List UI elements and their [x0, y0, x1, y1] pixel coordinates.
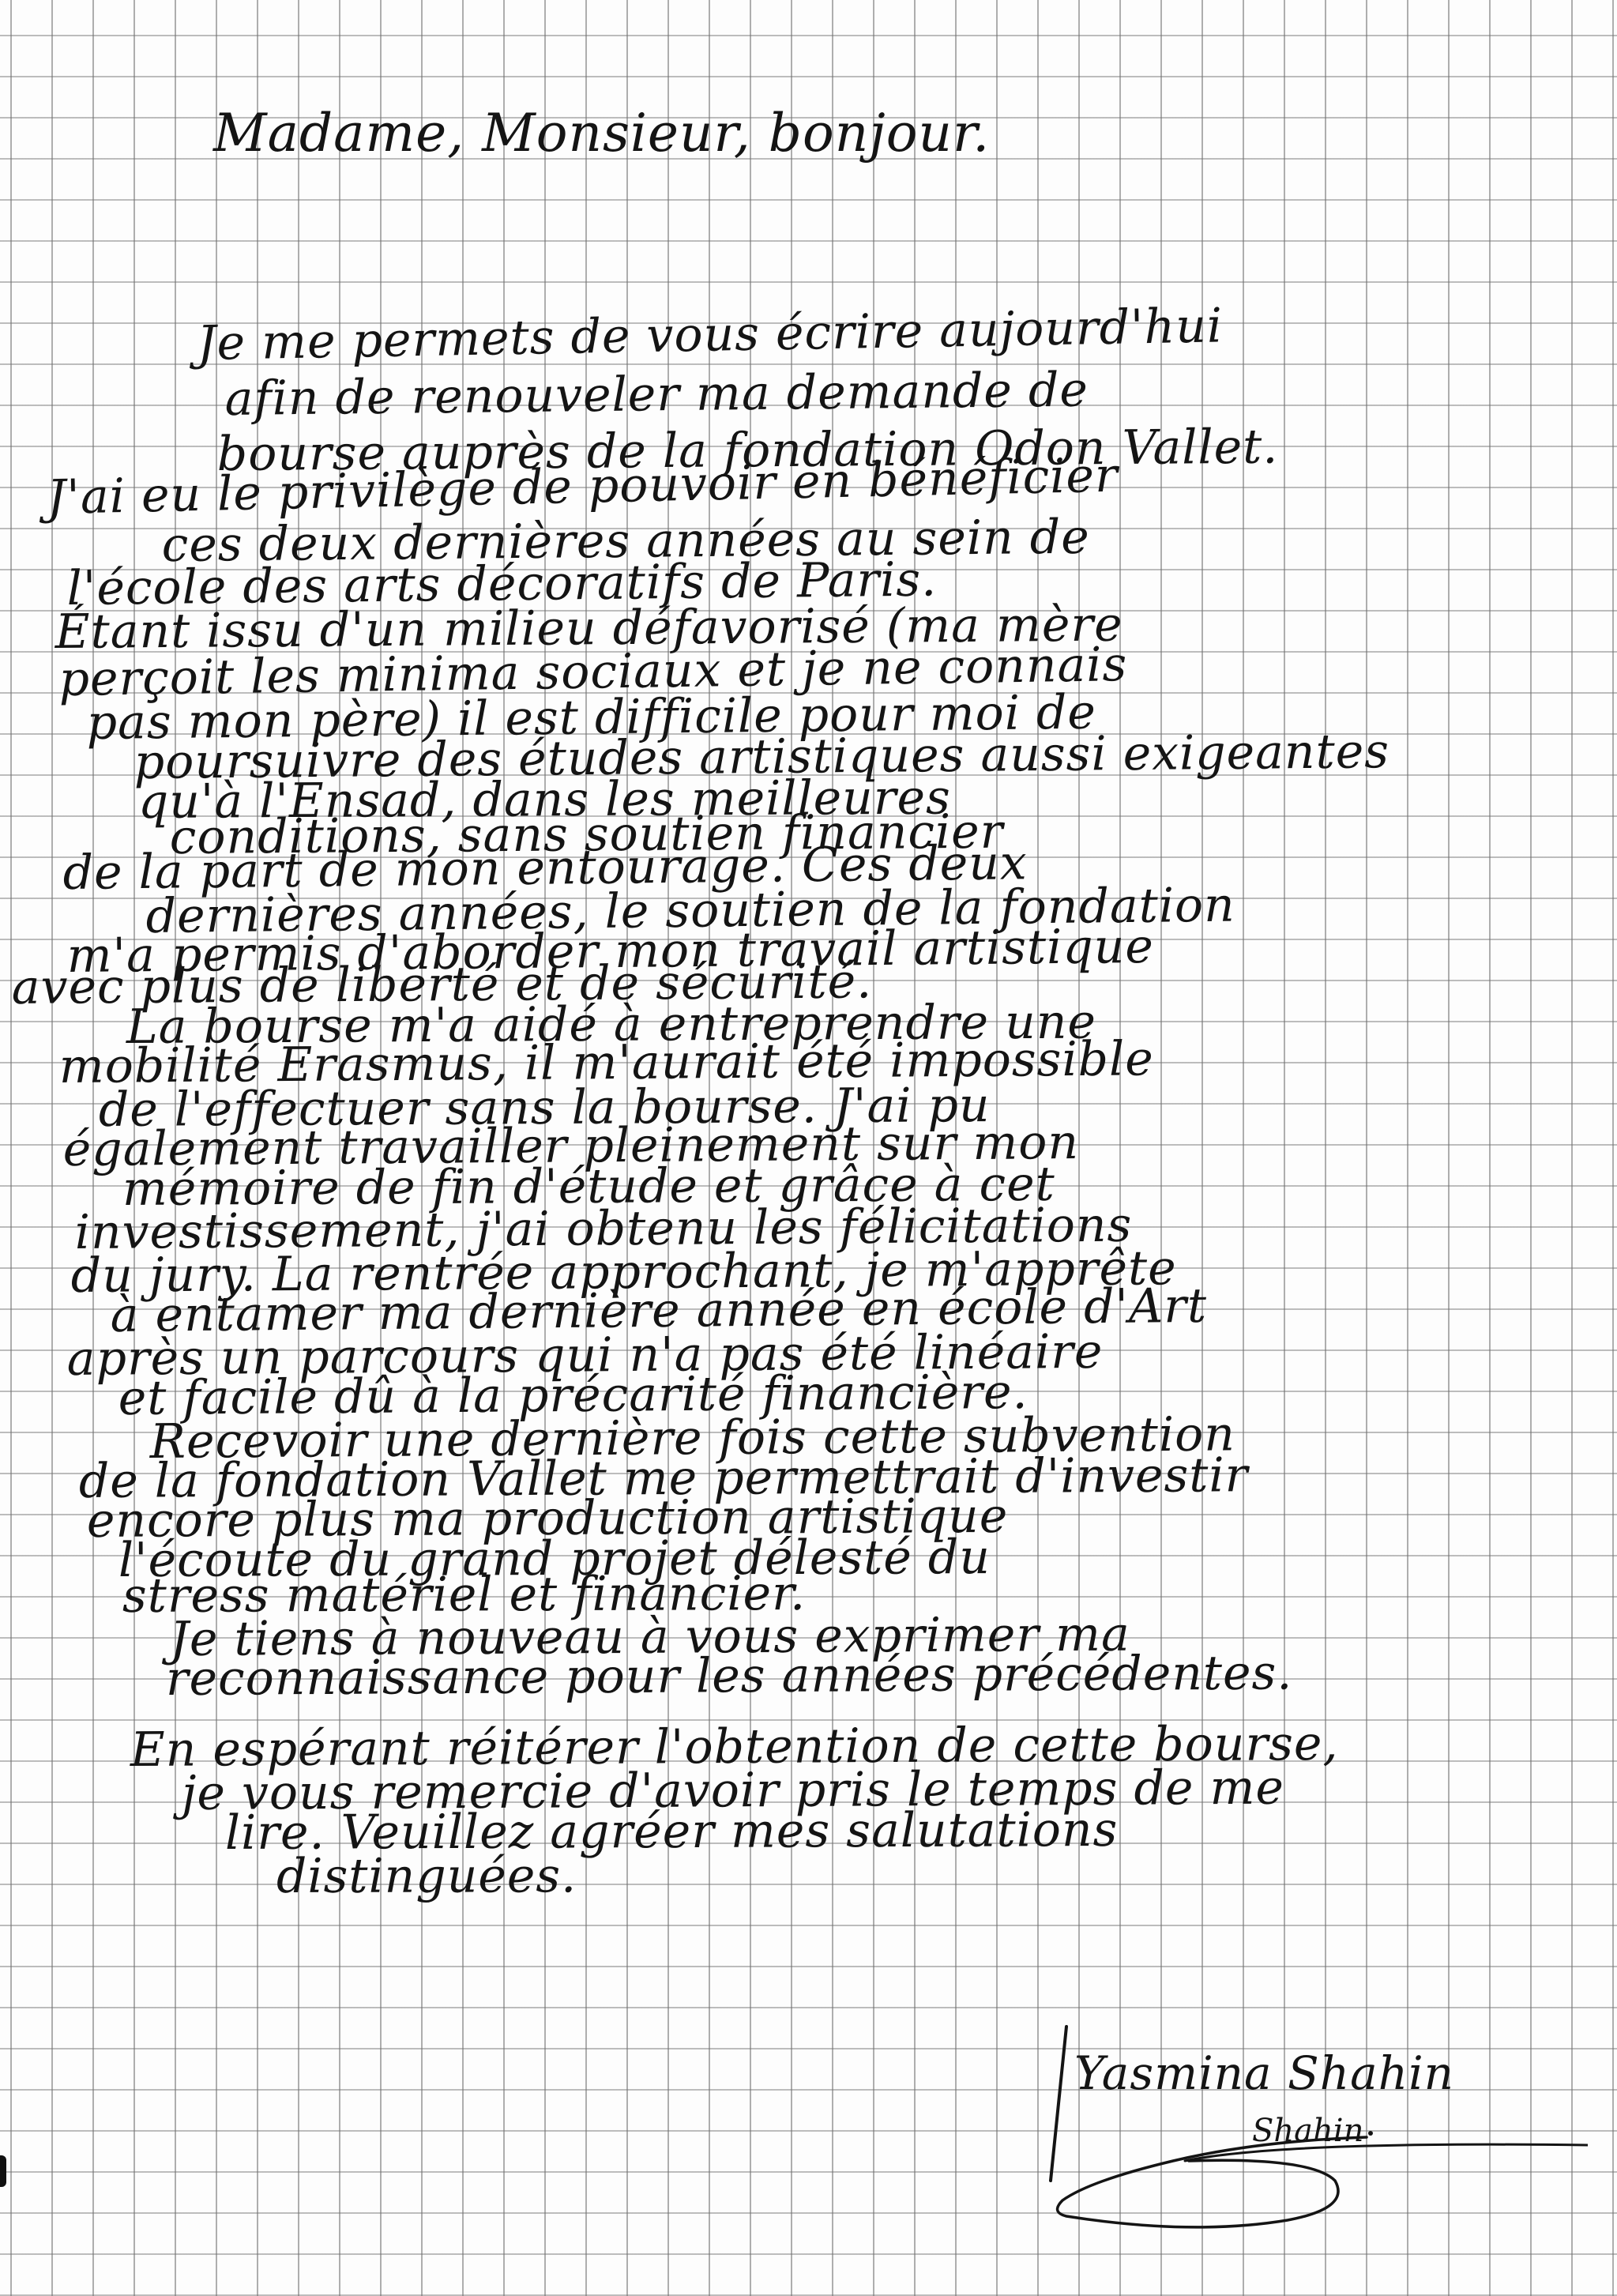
letter-line: reconnaissance pour les années précédent… [166, 1650, 1293, 1703]
letter-line: afin de renouveler ma demande de [224, 367, 1089, 423]
letter-greeting: Madame, Monsieur, bonjour. [213, 103, 990, 164]
scan-edge-mark [0, 2155, 6, 2187]
svg-text:Shahin: Shahin [1252, 2113, 1363, 2149]
closing-line: distinguées. [276, 1852, 577, 1900]
signature-flourish-icon: Shahin [1019, 2023, 1588, 2260]
letter-line: Je me permets de vous écrire aujourd'hui [197, 302, 1224, 367]
grid-paper-page: Madame, Monsieur, bonjour. Je me permets… [0, 0, 1617, 2296]
